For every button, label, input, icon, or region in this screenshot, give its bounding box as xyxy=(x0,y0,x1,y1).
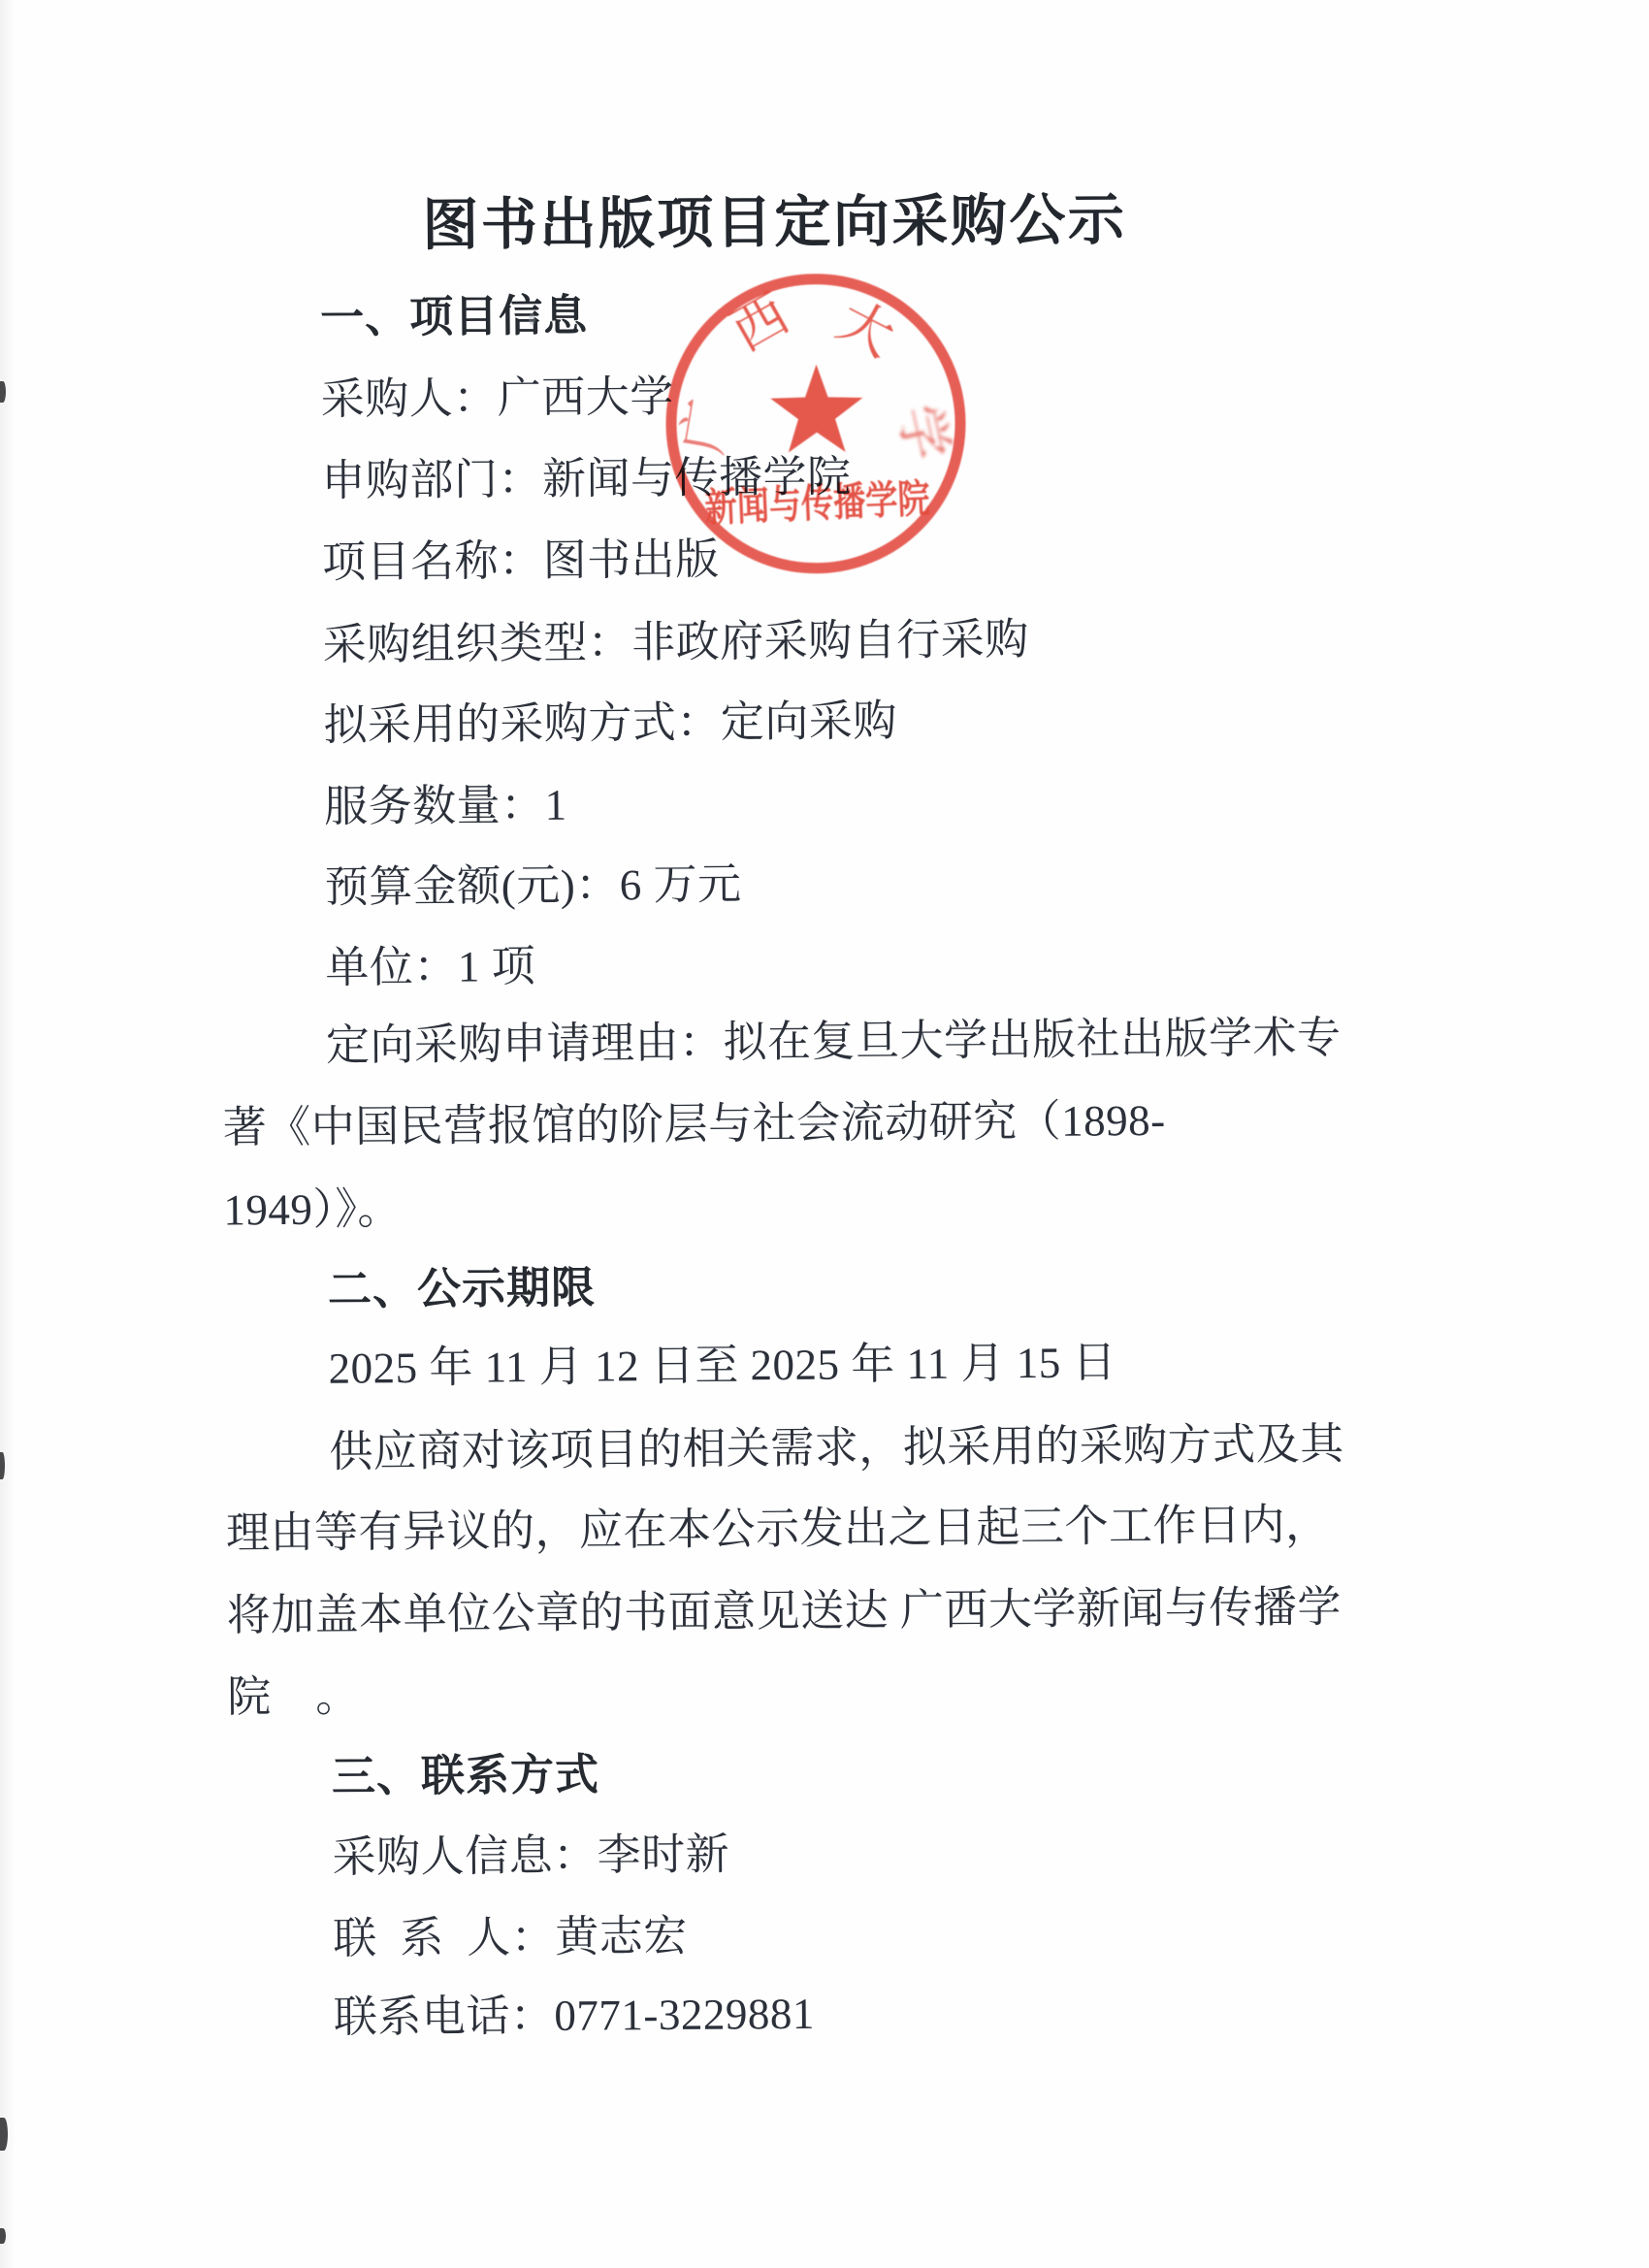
page-title: 图书出版项目定向采购公示 xyxy=(422,189,1126,257)
field-purchaser: 采购人：广西大学 xyxy=(321,372,674,425)
contact-person: 联 系 人：黄志宏 xyxy=(333,1911,688,1964)
field-budget: 预算金额(元)：6 万元 xyxy=(325,859,742,912)
reason-line: 定向采购申请理由：拟在复旦大学出版社出版学术专 xyxy=(326,1012,1342,1070)
section-2-heading: 二、公示期限 xyxy=(328,1263,596,1315)
field-service-quantity: 服务数量：1 xyxy=(324,780,567,832)
section-3-heading: 三、联系方式 xyxy=(332,1750,599,1802)
seal-arc-char: 广 xyxy=(672,395,740,459)
scan-artifact xyxy=(529,313,535,325)
star-icon xyxy=(770,364,863,452)
seal-arc-char: 学 xyxy=(887,400,957,466)
seal-arc-char: 西 xyxy=(722,284,798,364)
publicity-date-range: 2025 年 11 月 12 日至 2025 年 11 月 15 日 xyxy=(328,1337,1116,1393)
notice-line: 理由等有异议的，应在本公示发出之日起三个工作日内， xyxy=(226,1500,1330,1559)
reason-line: 著《中国民营报馆的阶层与社会流动研究（1898- xyxy=(222,1095,1165,1153)
notice-line: 供应商对该项目的相关需求，拟采用的采购方式及其 xyxy=(329,1418,1344,1476)
seal-arc-char: 大 xyxy=(827,290,903,369)
field-department: 申购部门：新闻与传播学院 xyxy=(321,451,851,505)
notice-line: 院 。 xyxy=(227,1670,360,1722)
document-page: 图书出版项目定向采购公示 一、项目信息 采购人：广西大学 申购部门：新闻与传播学… xyxy=(0,0,1649,2268)
scan-artifact xyxy=(0,381,6,403)
section-1-heading: 一、项目信息 xyxy=(320,291,588,343)
scanned-document: { "title": "图书出版项目定向采购公示", "sections": {… xyxy=(0,0,1649,2268)
field-unit: 单位：1 项 xyxy=(325,941,535,993)
contact-purchaser-info: 采购人信息：李时新 xyxy=(332,1829,729,1882)
seal-ring xyxy=(670,278,961,569)
field-method: 拟采用的采购方式：定向采购 xyxy=(323,696,897,751)
field-org-type: 采购组织类型：非政府采购自行采购 xyxy=(323,614,1029,670)
reason-line: 1949）》。 xyxy=(223,1183,402,1235)
scan-artifact xyxy=(0,2228,6,2244)
field-project-name: 项目名称：图书出版 xyxy=(322,535,720,588)
contact-phone: 联系电话：0771-3229881 xyxy=(334,1989,815,2043)
notice-line: 将加盖本单位公章的书面意见送达 广西大学新闻与传播学 xyxy=(226,1582,1342,1641)
scan-artifact xyxy=(0,1452,5,1479)
scan-artifact xyxy=(0,2118,8,2151)
